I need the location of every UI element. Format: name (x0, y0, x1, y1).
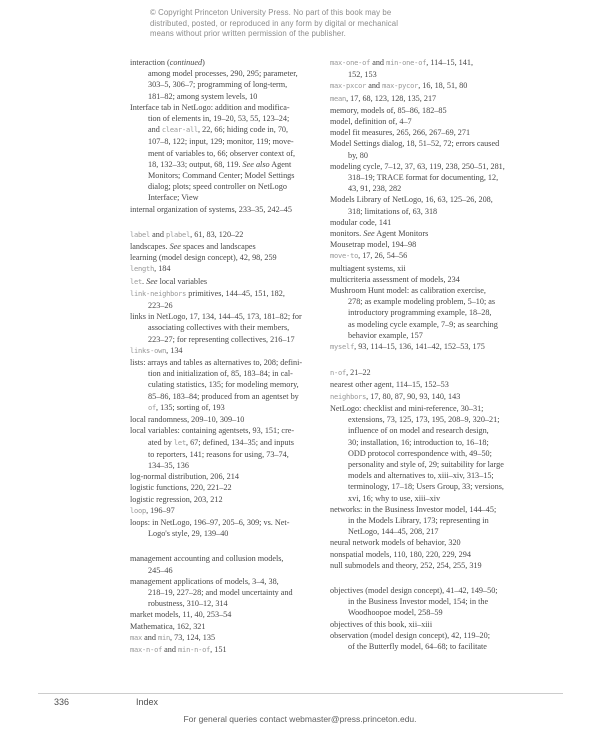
index-line: to reporters, 141; reasons for using, 73… (130, 449, 330, 460)
entry-text: Logo's style, 29, 139–40 (148, 529, 228, 538)
entry-text: xvi, 16; why to use, xiii–xiv (348, 494, 440, 503)
index-line: max and min, 73, 124, 135 (130, 632, 330, 644)
entry-text: , 73, 124, 135 (170, 633, 215, 642)
entry-text: behavior example, 157 (348, 331, 423, 340)
entry-text: 18, 132–33; output, 68, 119. (148, 160, 243, 169)
entry-text: null submodels and theory, 252, 254, 255… (330, 561, 482, 570)
index-line: associating collectives with their membe… (130, 322, 330, 333)
index-line: models and alternatives to, xiii–xiv, 31… (330, 470, 530, 481)
index-page: © Copyright Princeton University Press. … (0, 0, 600, 750)
index-line: 85–86, 183–84; produced from an agentset… (130, 391, 330, 402)
index-line: link-neighbors primitives, 144–45, 151, … (130, 288, 330, 300)
copyright-line-3: means without prior written permission o… (150, 29, 470, 40)
entry-text: by, 80 (348, 151, 368, 160)
entry-text: Interface tab in NetLogo: addition and m… (130, 103, 290, 112)
entry-text: 218–19, 227–28; and model uncertainty an… (148, 588, 293, 597)
index-line: landscapes. See spaces and landscapes (130, 241, 330, 252)
entry-text: Agent Monitors (375, 229, 429, 238)
entry-text: of the Butterfly model, 64–68; to facili… (348, 642, 487, 651)
index-line: xvi, 16; why to use, xiii–xiv (330, 493, 530, 504)
index-line: 223–27; for representing collectives, 21… (130, 334, 330, 345)
code-term: move-to (330, 252, 358, 260)
entry-text: Mousetrap model, 194–98 (330, 240, 416, 249)
index-line: Interface tab in NetLogo: addition and m… (130, 102, 330, 113)
index-line: memory, models of, 85–86, 182–85 (330, 105, 530, 116)
index-line: of, 135; sorting of, 193 (130, 402, 330, 414)
index-line: 134–35, 136 (130, 460, 330, 471)
entry-text: personality and style of, 29; suitabilit… (348, 460, 504, 469)
index-line: networks: in the Business Investor model… (330, 504, 530, 515)
entry-text: associating collectives with their membe… (148, 323, 289, 332)
index-line: nonspatial models, 110, 180, 220, 229, 2… (330, 549, 530, 560)
entry-text: Woodhoopoe model, 258–59 (348, 608, 443, 617)
index-line: multiagent systems, xii (330, 263, 530, 274)
index-line: culating statistics, 135; for modeling m… (130, 379, 330, 390)
index-line: Woodhoopoe model, 258–59 (330, 607, 530, 618)
index-line: tion and initialization of, 85, 183–84; … (130, 368, 330, 379)
index-line: influence of on model and research desig… (330, 425, 530, 436)
entry-text: models and alternatives to, xiii–xiv, 31… (348, 471, 494, 480)
index-line: Logo's style, 29, 139–40 (130, 528, 330, 539)
entry-text: in the Models Library, 173; representing… (348, 516, 489, 525)
entry-text: , 196–97 (146, 506, 175, 515)
index-line: Interface; View (130, 192, 330, 203)
index-line: internal organization of systems, 233–35… (130, 204, 330, 215)
entry-text: , 17, 80, 87, 90, 93, 140, 143 (366, 392, 460, 401)
entry-text: Model Settings dialog, 18, 51–52, 72; er… (330, 139, 499, 148)
entry-text: primitives, 144–45, 151, 182, (186, 289, 285, 298)
code-term: plabel (166, 231, 190, 239)
entry-text: , 184 (154, 264, 170, 273)
code-term: max-pxcor (330, 82, 366, 90)
index-line: 278; as example modeling problem, 5–10; … (330, 296, 530, 307)
index-line: max-n-of and min-n-of, 151 (130, 644, 330, 656)
entry-text: and (162, 645, 178, 654)
entry-text: 318–19; TRACE format for documenting, 12… (348, 173, 498, 182)
index-line: interaction (continued) (130, 57, 330, 68)
entry-text: 152, 153 (348, 70, 377, 79)
entry-text: Mathematica, 162, 321 (130, 622, 206, 631)
entry-text: loops: in NetLogo, 196–97, 205–6, 309; v… (130, 518, 289, 527)
entry-text: spaces and landscapes (181, 242, 256, 251)
footer-rule (38, 693, 563, 694)
code-term: neighbors (330, 393, 366, 401)
index-line: 107–8, 122; input, 129; monitor, 119; mo… (130, 136, 330, 147)
index-line: myself, 93, 114–15, 136, 141–42, 152–53,… (330, 341, 530, 353)
index-line: multicriteria assessment of models, 234 (330, 274, 530, 285)
entry-text: extensions, 73, 125, 173, 195, 208–9, 32… (348, 415, 499, 424)
entry-text: Models Library of NetLogo, 16, 63, 125–2… (330, 195, 493, 204)
index-line: by, 80 (330, 150, 530, 161)
code-term: label (130, 231, 150, 239)
entry-text: to reporters, 141; reasons for using, 73… (148, 450, 289, 459)
entry-text: NetLogo, 144–45, 208, 217 (348, 527, 439, 536)
index-line: learning (model design concept), 42, 98,… (130, 252, 330, 263)
entry-text: 85–86, 183–84; produced from an agentset… (148, 392, 299, 401)
code-term: min (158, 634, 170, 642)
footer-query-line: For general queries contact webmaster@pr… (0, 714, 600, 724)
entry-text: and (366, 81, 382, 90)
index-line: label and plabel, 61, 83, 120–22 (130, 229, 330, 241)
entry-text: and (370, 58, 386, 67)
index-line: of the Butterfly model, 64–68; to facili… (330, 641, 530, 652)
entry-text: 223–26 (148, 301, 173, 310)
index-line: ated by let, 67; defined, 134–35; and in… (130, 437, 330, 449)
entry-text: culating statistics, 135; for modeling m… (148, 380, 299, 389)
index-line: Models Library of NetLogo, 16, 63, 125–2… (330, 194, 530, 205)
entry-text: influence of on model and research desig… (348, 426, 489, 435)
entry-text: Mushroom Hunt model: as calibration exer… (330, 286, 486, 295)
code-term: clear-all (162, 126, 198, 134)
index-line: behavior example, 157 (330, 330, 530, 341)
index-line: Monitors; Command Center; Model Settings (130, 170, 330, 181)
entry-text: , 67; defined, 134–35; and inputs (186, 438, 294, 447)
index-line: modeling cycle, 7–12, 37, 63, 119, 238, … (330, 161, 530, 172)
entry-text: 134–35, 136 (148, 461, 189, 470)
entry-text: Monitors; Command Center; Model Settings (148, 171, 294, 180)
index-line: objectives of this book, xii–xiii (330, 619, 530, 630)
entry-text: , 135; sorting of, 193 (156, 403, 225, 412)
index-line: links-own, 134 (130, 345, 330, 357)
entry-text: nonspatial models, 110, 180, 220, 229, 2… (330, 550, 471, 559)
entry-text: introductory programming example, 18–28, (348, 308, 491, 317)
entry-text: , 93, 114–15, 136, 141–42, 152–53, 175 (354, 342, 485, 351)
code-term: myself (330, 343, 354, 351)
index-line: observation (model design concept), 42, … (330, 630, 530, 641)
index-line: log-normal distribution, 206, 214 (130, 471, 330, 482)
index-line: 181–82; among system levels, 10 (130, 91, 330, 102)
entry-text: learning (model design concept), 42, 98,… (130, 253, 277, 262)
entry-text: terminology, 17–18; Users Group, 33; ver… (348, 482, 504, 491)
entry-text: , 134 (166, 346, 182, 355)
index-line: ODD protocol correspondence with, 49–50; (330, 448, 530, 459)
index-line: and clear-all, 22, 66; hiding code in, 7… (130, 124, 330, 136)
index-line: 303–5, 306–7; programming of long-term, (130, 79, 330, 90)
entry-text: networks: in the Business Investor model… (330, 505, 496, 514)
entry-text: , 16, 18, 51, 80 (418, 81, 467, 90)
entry-text: , 17, 68, 123, 128, 135, 217 (346, 94, 436, 103)
entry-text: and (150, 230, 166, 239)
entry-text: and (142, 633, 158, 642)
entry-text: ) (202, 58, 205, 67)
entry-text: memory, models of, 85–86, 182–85 (330, 106, 447, 115)
index-line: model, definition of, 4–7 (330, 116, 530, 127)
italic-term: See (170, 242, 181, 251)
index-group: label and plabel, 61, 83, 120–22landscap… (130, 229, 330, 539)
entry-text: , 22, 66; hiding code in, 70, (198, 125, 288, 134)
entry-text: 303–5, 306–7; programming of long-term, (148, 80, 287, 89)
index-line: 18, 132–33; output, 68, 119. See also Ag… (130, 159, 330, 170)
index-group: management accounting and collusion mode… (130, 553, 330, 656)
entry-text: objectives (model design concept), 41–42… (330, 586, 498, 595)
entry-text: as modeling cycle example, 7–9; as searc… (348, 320, 498, 329)
entry-text: Interface; View (148, 193, 199, 202)
entry-text: , 21–22 (346, 368, 371, 377)
index-line: tion of elements in, 19–20, 53, 55, 123–… (130, 113, 330, 124)
entry-text: interaction ( (130, 58, 170, 67)
copyright-notice: © Copyright Princeton University Press. … (150, 8, 470, 40)
index-line: move-to, 17, 26, 54–56 (330, 250, 530, 262)
code-term: min-one-of (386, 59, 426, 67)
entry-text: multiagent systems, xii (330, 264, 406, 273)
code-term: loop (130, 507, 146, 515)
index-line: personality and style of, 29; suitabilit… (330, 459, 530, 470)
index-line: model fit measures, 265, 266, 267–69, 27… (330, 127, 530, 138)
entry-text: NetLogo: checklist and mini-reference, 3… (330, 404, 483, 413)
index-line: 223–26 (130, 300, 330, 311)
entry-text: ated by (148, 438, 174, 447)
entry-text: local variables (158, 277, 208, 286)
index-group: objectives (model design concept), 41–42… (330, 585, 530, 652)
index-line: NetLogo, 144–45, 208, 217 (330, 526, 530, 537)
index-line: monitors. See Agent Monitors (330, 228, 530, 239)
code-term: max-pycor (382, 82, 418, 90)
entry-text: 223–27; for representing collectives, 21… (148, 335, 295, 344)
entry-text: 43, 91, 238, 282 (348, 184, 401, 193)
index-line: 152, 153 (330, 69, 530, 80)
entry-text: modular code, 141 (330, 218, 391, 227)
code-term: links-own (130, 347, 166, 355)
index-line: n-of, 21–22 (330, 367, 530, 379)
entry-text: dialog; plots; speed controller on NetLo… (148, 182, 287, 191)
code-term: max-one-of (330, 59, 370, 67)
index-line: neighbors, 17, 80, 87, 90, 93, 140, 143 (330, 391, 530, 403)
index-group: max-one-of and min-one-of, 114–15, 141,1… (330, 57, 530, 353)
index-line: 245–46 (130, 565, 330, 576)
index-line: 318; limitations of, 63, 318 (330, 206, 530, 217)
index-line: management applications of models, 3–4, … (130, 576, 330, 587)
code-term: link-neighbors (130, 290, 186, 298)
italic-term: See (146, 277, 157, 286)
entry-text: robustness, 310–12, 314 (148, 599, 228, 608)
entry-text: internal organization of systems, 233–35… (130, 205, 292, 214)
index-line: Model Settings dialog, 18, 51–52, 72; er… (330, 138, 530, 149)
index-group: interaction (continued)among model proce… (130, 57, 330, 215)
entry-text: 278; as example modeling problem, 5–10; … (348, 297, 495, 306)
index-line: logistic regression, 203, 212 (130, 494, 330, 505)
entry-text: local randomness, 209–10, 309–10 (130, 415, 244, 424)
entry-text: , 151 (210, 645, 226, 654)
index-line: length, 184 (130, 263, 330, 275)
entry-text: , 61, 83, 120–22 (190, 230, 243, 239)
index-line: 30; installation, 16; introduction to, 1… (330, 437, 530, 448)
entry-text: nearest other agent, 114–15, 152–53 (330, 380, 449, 389)
index-line: NetLogo: checklist and mini-reference, 3… (330, 403, 530, 414)
index-line: logistic functions, 220, 221–22 (130, 482, 330, 493)
entry-text: 318; limitations of, 63, 318 (348, 207, 437, 216)
entry-text: and (148, 125, 162, 134)
index-line: null submodels and theory, 252, 254, 255… (330, 560, 530, 571)
index-line: loops: in NetLogo, 196–97, 205–6, 309; v… (130, 517, 330, 528)
index-line: local variables: containing agentsets, 9… (130, 425, 330, 436)
entry-text: market models, 11, 40, 253–54 (130, 610, 231, 619)
entry-text: links in NetLogo, 17, 134, 144–45, 173, … (130, 312, 302, 321)
code-term: mean (330, 95, 346, 103)
index-column-right: max-one-of and min-one-of, 114–15, 141,1… (330, 57, 530, 652)
code-term: length (130, 265, 154, 273)
entry-text: management accounting and collusion mode… (130, 554, 283, 563)
entry-text: , 17, 26, 54–56 (358, 251, 407, 260)
entry-text: multicriteria assessment of models, 234 (330, 275, 460, 284)
index-line: among model processes, 290, 295; paramet… (130, 68, 330, 79)
index-line: introductory programming example, 18–28, (330, 307, 530, 318)
index-line: 218–19, 227–28; and model uncertainty an… (130, 587, 330, 598)
code-term: min-n-of (178, 646, 210, 654)
entry-text: model, definition of, 4–7 (330, 117, 412, 126)
index-line: links in NetLogo, 17, 134, 144–45, 173, … (130, 311, 330, 322)
index-line: mean, 17, 68, 123, 128, 135, 217 (330, 93, 530, 105)
index-line: extensions, 73, 125, 173, 195, 208–9, 32… (330, 414, 530, 425)
italic-term: continued (170, 58, 202, 67)
entry-text: management applications of models, 3–4, … (130, 577, 279, 586)
entry-text: tion of elements in, 19–20, 53, 55, 123–… (148, 114, 289, 123)
entry-text: tion and initialization of, 85, 183–84; … (148, 369, 293, 378)
index-line: lists: arrays and tables as alternatives… (130, 357, 330, 368)
copyright-line-1: © Copyright Princeton University Press. … (150, 8, 470, 19)
code-term: n-of (330, 369, 346, 377)
index-line: Mushroom Hunt model: as calibration exer… (330, 285, 530, 296)
running-head: Index (136, 697, 158, 707)
index-line: terminology, 17–18; Users Group, 33; ver… (330, 481, 530, 492)
index-line: management accounting and collusion mode… (130, 553, 330, 564)
index-line: in the Models Library, 173; representing… (330, 515, 530, 526)
italic-term: See (363, 229, 374, 238)
entry-text: neural network models of behavior, 320 (330, 538, 461, 547)
index-group: n-of, 21–22nearest other agent, 114–15, … (330, 367, 530, 571)
copyright-line-2: distributed, posted, or reproduced in an… (150, 19, 470, 30)
index-line: in the Business Investor model, 154; in … (330, 596, 530, 607)
entry-text: modeling cycle, 7–12, 37, 63, 119, 238, … (330, 162, 505, 171)
index-line: 318–19; TRACE format for documenting, 12… (330, 172, 530, 183)
entry-text: observation (model design concept), 42, … (330, 631, 490, 640)
entry-text: landscapes. (130, 242, 170, 251)
index-line: modular code, 141 (330, 217, 530, 228)
index-line: robustness, 310–12, 314 (130, 598, 330, 609)
page-number: 336 (54, 697, 69, 707)
entry-text: log-normal distribution, 206, 214 (130, 472, 239, 481)
entry-text: logistic regression, 203, 212 (130, 495, 223, 504)
entry-text: objectives of this book, xii–xiii (330, 620, 432, 629)
entry-text: local variables: containing agentsets, 9… (130, 426, 294, 435)
index-line: market models, 11, 40, 253–54 (130, 609, 330, 620)
entry-text: 30; installation, 16; introduction to, 1… (348, 438, 489, 447)
entry-text: monitors. (330, 229, 363, 238)
italic-term: See also (243, 160, 270, 169)
entry-text: model fit measures, 265, 266, 267–69, 27… (330, 128, 470, 137)
code-term: of (148, 404, 156, 412)
index-line: max-one-of and min-one-of, 114–15, 141, (330, 57, 530, 69)
index-line: Mousetrap model, 194–98 (330, 239, 530, 250)
entry-text: ment of variables to, 66; observer conte… (148, 149, 295, 158)
entry-text: among model processes, 290, 295; paramet… (148, 69, 298, 78)
index-line: objectives (model design concept), 41–42… (330, 585, 530, 596)
entry-text: 181–82; among system levels, 10 (148, 92, 257, 101)
entry-text: lists: arrays and tables as alternatives… (130, 358, 302, 367)
index-line: ment of variables to, 66; observer conte… (130, 148, 330, 159)
code-term: let (174, 439, 186, 447)
index-line: nearest other agent, 114–15, 152–53 (330, 379, 530, 390)
code-term: let (130, 278, 142, 286)
entry-text: 245–46 (148, 566, 173, 575)
entry-text: logistic functions, 220, 221–22 (130, 483, 232, 492)
entry-text: Agent (270, 160, 292, 169)
code-term: max-n-of (130, 646, 162, 654)
index-line: Mathematica, 162, 321 (130, 621, 330, 632)
entry-text: ODD protocol correspondence with, 49–50; (348, 449, 492, 458)
entry-text: 107–8, 122; input, 129; monitor, 119; mo… (148, 137, 294, 146)
index-line: as modeling cycle example, 7–9; as searc… (330, 319, 530, 330)
index-line: loop, 196–97 (130, 505, 330, 517)
index-line: local randomness, 209–10, 309–10 (130, 414, 330, 425)
entry-text: , 114–15, 141, (426, 58, 473, 67)
index-line: max-pxcor and max-pycor, 16, 18, 51, 80 (330, 80, 530, 92)
index-line: let. See local variables (130, 276, 330, 288)
code-term: max (130, 634, 142, 642)
index-column-left: interaction (continued)among model proce… (130, 57, 330, 656)
entry-text: in the Business Investor model, 154; in … (348, 597, 488, 606)
index-line: 43, 91, 238, 282 (330, 183, 530, 194)
index-line: dialog; plots; speed controller on NetLo… (130, 181, 330, 192)
index-line: neural network models of behavior, 320 (330, 537, 530, 548)
